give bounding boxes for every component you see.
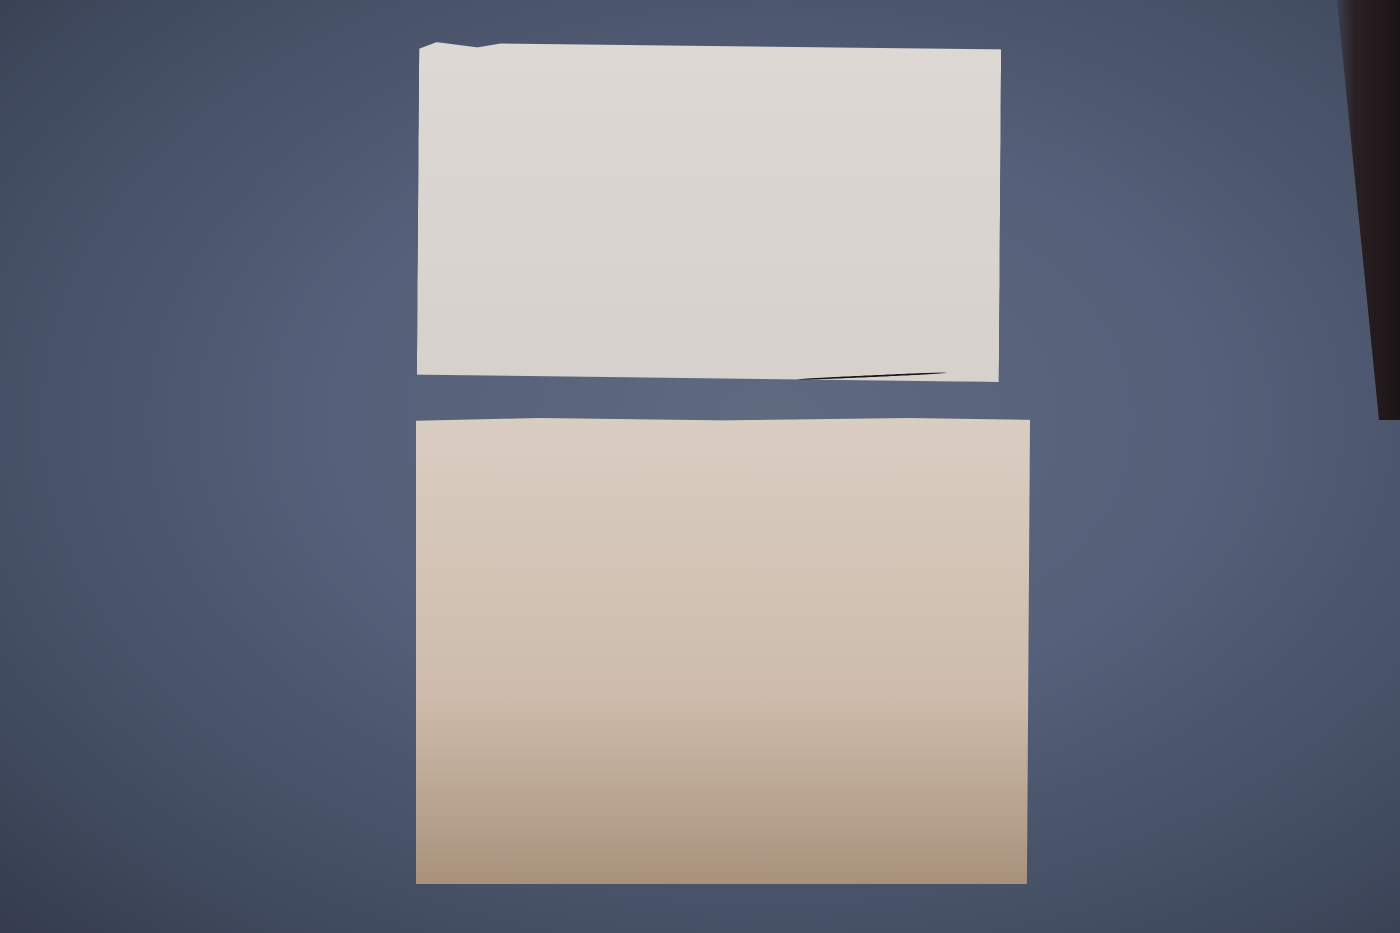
margin-note	[427, 56, 489, 346]
signature-flourish	[797, 372, 947, 381]
letter-sheet-2	[416, 418, 1030, 884]
letter-sheet-1	[417, 42, 1001, 382]
binder-edge	[1330, 0, 1400, 420]
